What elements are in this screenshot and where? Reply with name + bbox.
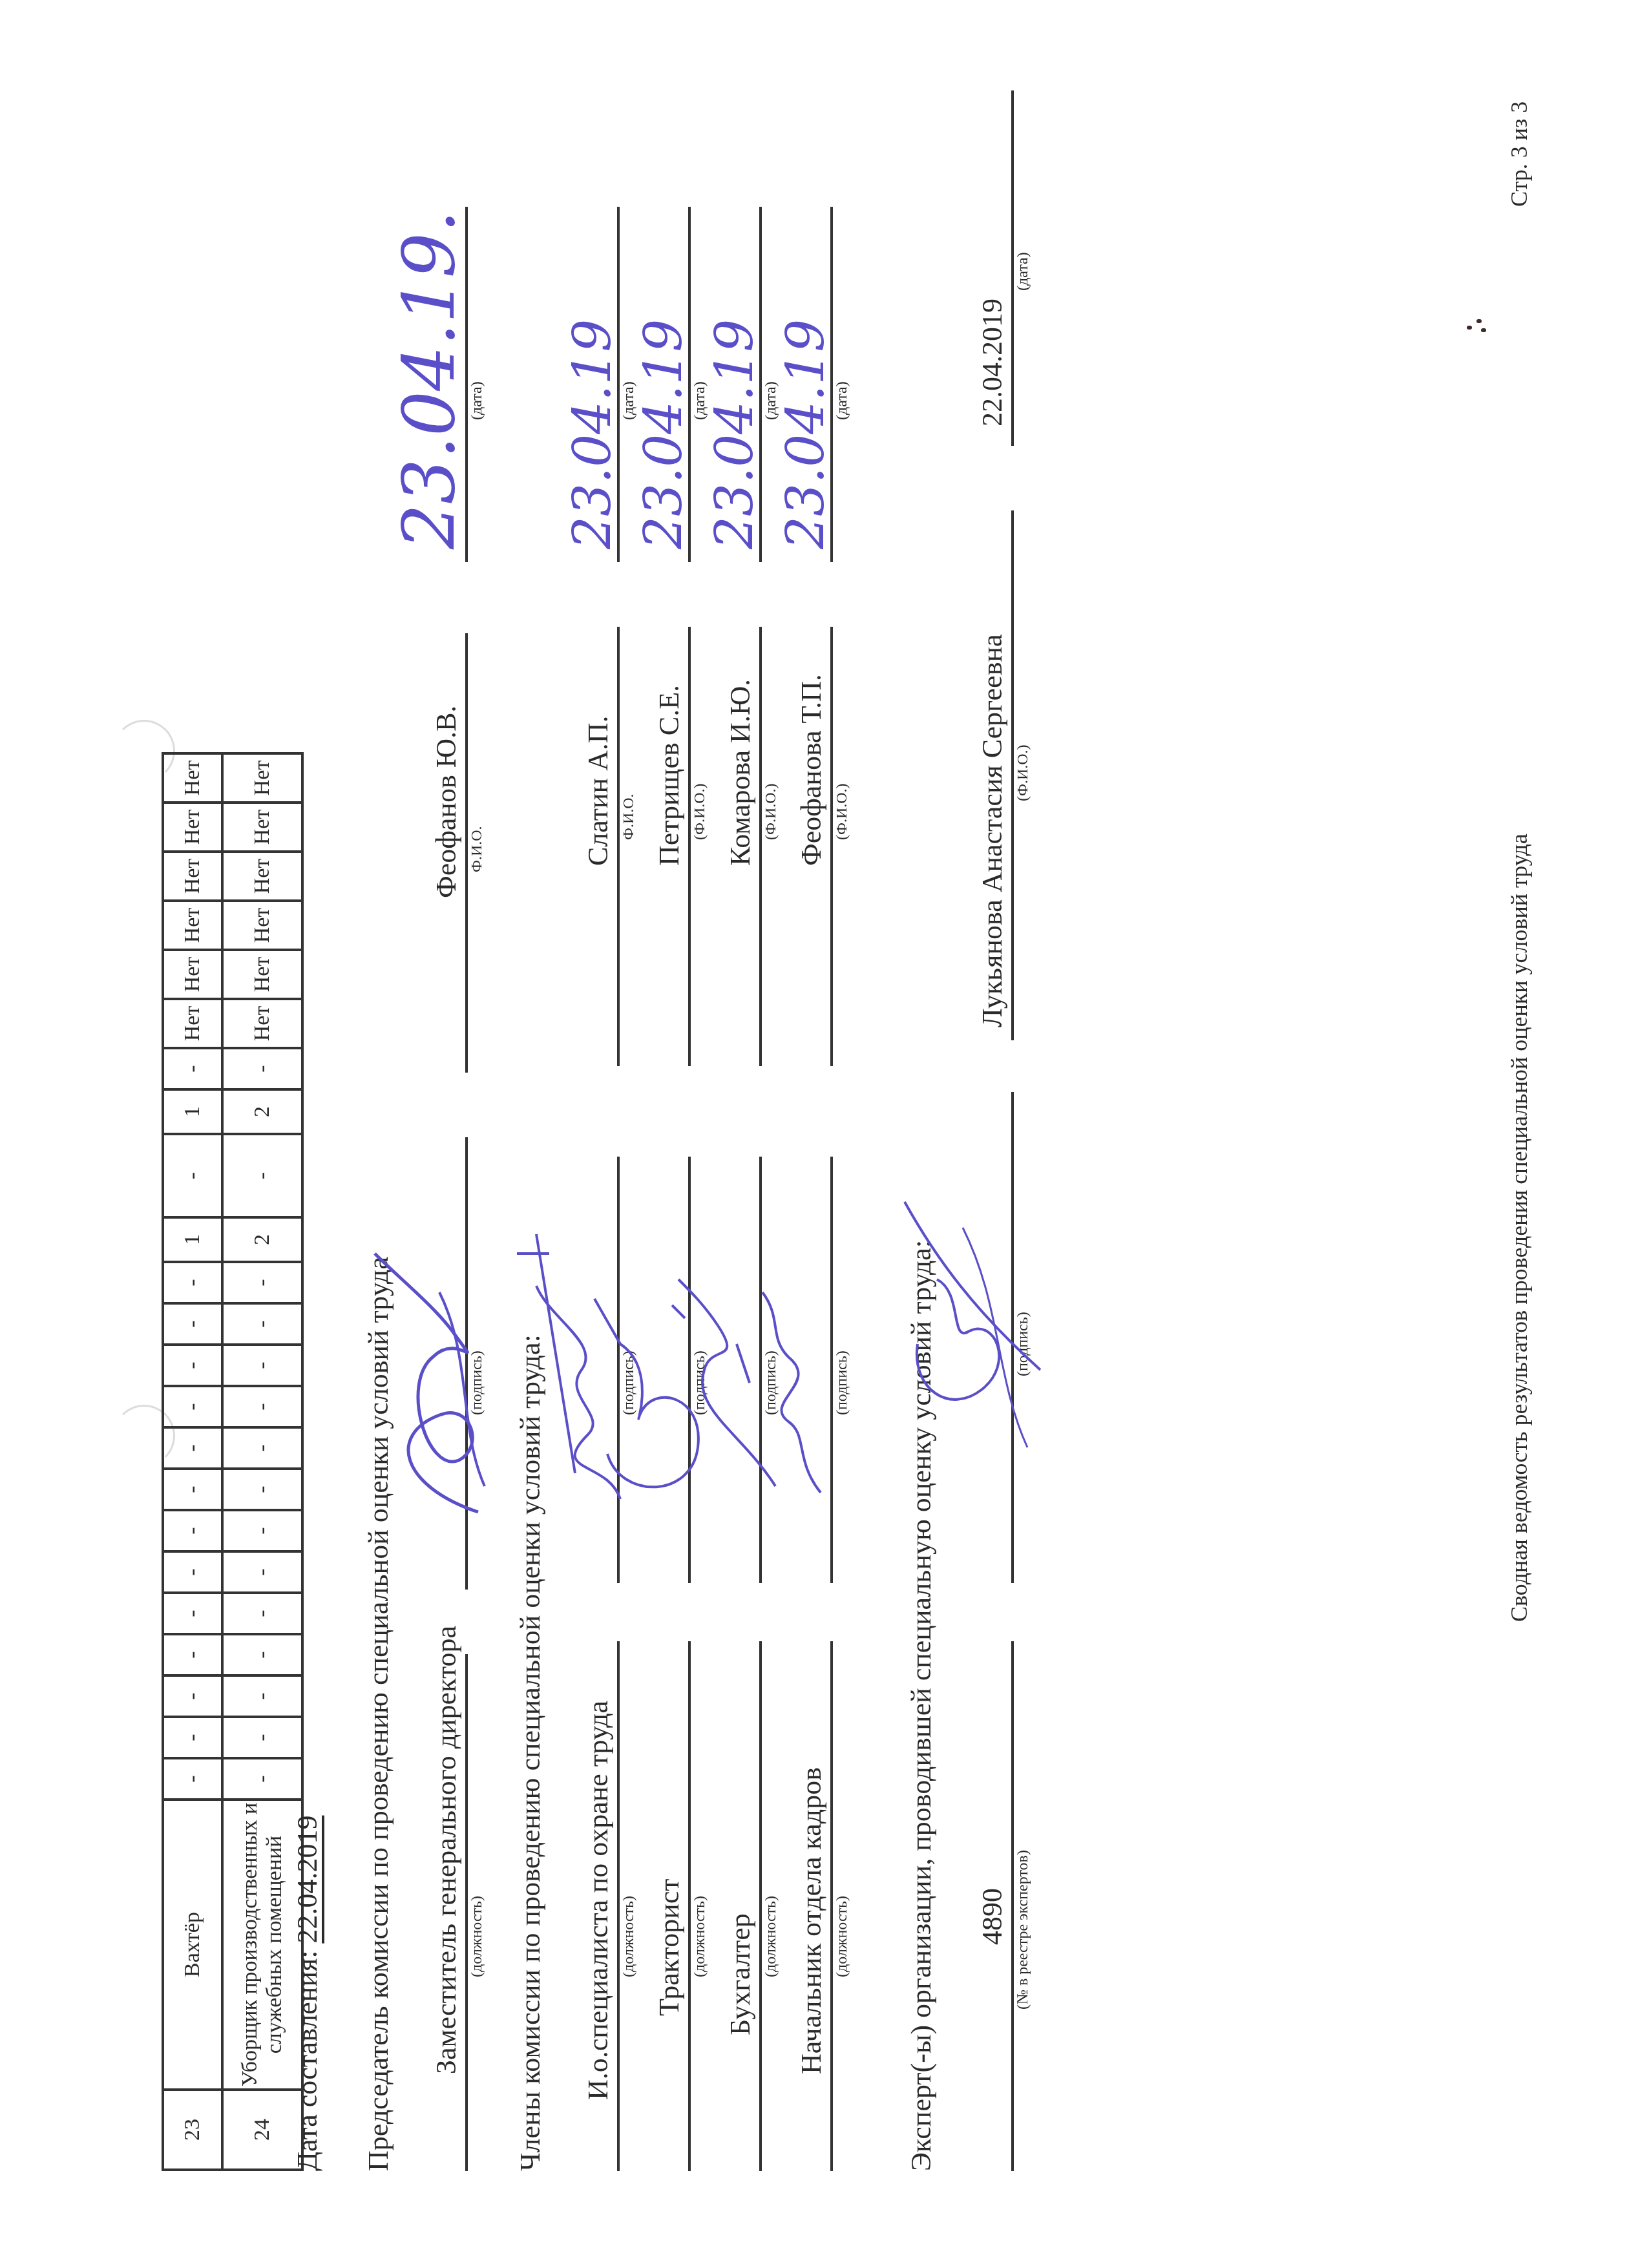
scan-speck: [1467, 326, 1472, 330]
date-compiled: Дата составления: 22.04.2019: [291, 1816, 324, 2171]
scan-speck: [1481, 328, 1486, 332]
chairman-position: Заместитель генерального директора: [430, 1626, 463, 2074]
table-cell: -: [163, 1386, 222, 1427]
table-cell: -: [163, 1675, 222, 1717]
member-name-line: [617, 627, 620, 1066]
table-cell: -: [222, 1345, 302, 1386]
member-position: Начальник отдела кадров: [795, 1767, 828, 2074]
member-name: Феофанова Т.П.: [795, 674, 828, 866]
footer-page-indicator: Стр. 3 из 3: [1506, 101, 1533, 207]
document-page: 23Вахтёр-------------1-1-НетНетНетНетНет…: [0, 0, 1649, 2268]
table-cell: -: [222, 1551, 302, 1593]
table-cell: Нет: [222, 901, 302, 950]
table-cell: -: [222, 1634, 302, 1675]
table-cell: Нет: [163, 753, 222, 803]
table-cell: -: [163, 1048, 222, 1089]
job-title: Вахтёр: [163, 1800, 222, 2090]
table-cell: Нет: [222, 950, 302, 999]
table-cell: -: [222, 1593, 302, 1634]
table-row: 23Вахтёр-------------1-1-НетНетНетНетНет…: [163, 753, 222, 2170]
member-date-line: [688, 207, 691, 562]
chairman-position-line: [465, 1654, 468, 2171]
member-position-caption: (должность): [691, 1896, 709, 1977]
table-cell: 1: [163, 1089, 222, 1134]
scan-speck: [1476, 319, 1482, 323]
member-name: Петрищев С.Е.: [653, 685, 686, 866]
table-cell: -: [163, 1345, 222, 1386]
member-position-line: [617, 1641, 620, 2171]
chairman-signature: [362, 1241, 498, 1525]
member-signature: [724, 1228, 853, 1512]
table-cell: -: [222, 1469, 302, 1510]
member-name-line: [688, 627, 691, 1066]
member-name-caption: (Ф.И.О.): [762, 783, 780, 840]
member-date-line: [759, 207, 762, 562]
chairman-name: Феофанов Ю.В.: [430, 706, 463, 898]
table-cell: Нет: [222, 852, 302, 901]
table-cell: Нет: [163, 852, 222, 901]
member-name: Слатин А.П.: [582, 715, 614, 866]
table-cell: -: [163, 1427, 222, 1469]
table-cell: -: [163, 1303, 222, 1345]
member-date-caption: (дата): [834, 381, 851, 420]
table-cell: Нет: [163, 803, 222, 852]
table-cell: -: [163, 1758, 222, 1800]
member-position-line: [688, 1641, 691, 2171]
table-cell: -: [163, 1593, 222, 1634]
table-cell: Нет: [222, 999, 302, 1048]
table-cell: -: [163, 1510, 222, 1551]
chairman-name-caption: Ф.И.О.: [468, 826, 486, 872]
table-cell: -: [222, 1717, 302, 1758]
member-position-caption: (должность): [762, 1896, 780, 1977]
member-position-line: [830, 1641, 833, 2171]
chairman-name-line: [465, 633, 468, 1073]
table-cell: -: [163, 1634, 222, 1675]
expert-name: Лукьянова Анастасия Сергеевна: [976, 635, 1009, 1027]
member-name-line: [830, 627, 833, 1066]
table-cell: -: [163, 1551, 222, 1593]
table-cell: -: [222, 1386, 302, 1427]
expert-registry-number: 4890: [976, 1888, 1009, 1945]
member-date-handwritten: 23.04.19: [704, 319, 764, 549]
member-name-caption: (Ф.И.О.): [691, 783, 709, 840]
expert-registry-caption: (№ в реестре экспертов): [1014, 1850, 1032, 2010]
table-cell: -: [222, 1262, 302, 1303]
member-position: Тракторист: [653, 1879, 686, 2016]
member-date-line: [830, 207, 833, 562]
results-table: 23Вахтёр-------------1-1-НетНетНетНетНет…: [162, 752, 304, 2171]
expert-name-caption: (Ф.И.О.): [1014, 744, 1032, 801]
member-position-caption: (должность): [834, 1896, 851, 1977]
table-cell: -: [222, 1510, 302, 1551]
table-cell: Нет: [222, 753, 302, 803]
expert-date-line: [1011, 90, 1014, 446]
table-cell: Нет: [163, 999, 222, 1048]
table-cell: Нет: [222, 803, 302, 852]
chairman-date-handwritten: 23.04.19.: [388, 210, 470, 549]
table-cell: -: [222, 1758, 302, 1800]
table-cell: 1: [163, 1217, 222, 1262]
member-date-line: [617, 207, 620, 562]
table-cell: 2: [222, 1217, 302, 1262]
table-cell: -: [163, 1134, 222, 1217]
table-cell: -: [222, 1303, 302, 1345]
member-date-handwritten: 23.04.19: [775, 319, 835, 549]
member-position: Бухгалтер: [724, 1913, 757, 2035]
table-cell: -: [222, 1134, 302, 1217]
table-cell: -: [222, 1427, 302, 1469]
expert-date-caption: (дата): [1014, 252, 1032, 291]
chairman-date-line: [465, 207, 468, 562]
table-cell: 2: [222, 1089, 302, 1134]
row-number: 23: [163, 2090, 222, 2170]
member-position-line: [759, 1641, 762, 2171]
table-cell: -: [163, 1717, 222, 1758]
table-cell: -: [222, 1048, 302, 1089]
chairman-position-caption: (должность): [468, 1896, 486, 1977]
table-cell: -: [163, 1469, 222, 1510]
expert-name-line: [1011, 510, 1014, 1040]
member-date-handwritten: 23.04.19: [562, 319, 622, 549]
member-position-caption: (должность): [620, 1896, 638, 1977]
member-name-line: [759, 627, 762, 1066]
member-name-caption: (Ф.И.О.): [834, 783, 851, 840]
expert-date: 22.04.2019: [976, 299, 1009, 426]
date-compiled-value: 22.04.2019: [291, 1816, 323, 1944]
member-position: И.о.специалиста по охране труда: [582, 1701, 614, 2100]
table-cell: -: [163, 1262, 222, 1303]
expert-registry-line: [1011, 1641, 1014, 2171]
table-cell: Нет: [163, 950, 222, 999]
footer-document-title: Сводная ведомость результатов проведения…: [1506, 834, 1533, 1622]
member-name: Комарова И.Ю.: [724, 679, 757, 866]
member-name-caption: Ф.И.О.: [620, 793, 638, 840]
table-cell: Нет: [163, 901, 222, 950]
expert-signature: [898, 1189, 1047, 1473]
table-cell: -: [222, 1675, 302, 1717]
chairman-date-caption: (дата): [468, 381, 486, 420]
date-compiled-label: Дата составления:: [291, 1944, 323, 2171]
member-date-handwritten: 23.04.19: [633, 319, 693, 549]
